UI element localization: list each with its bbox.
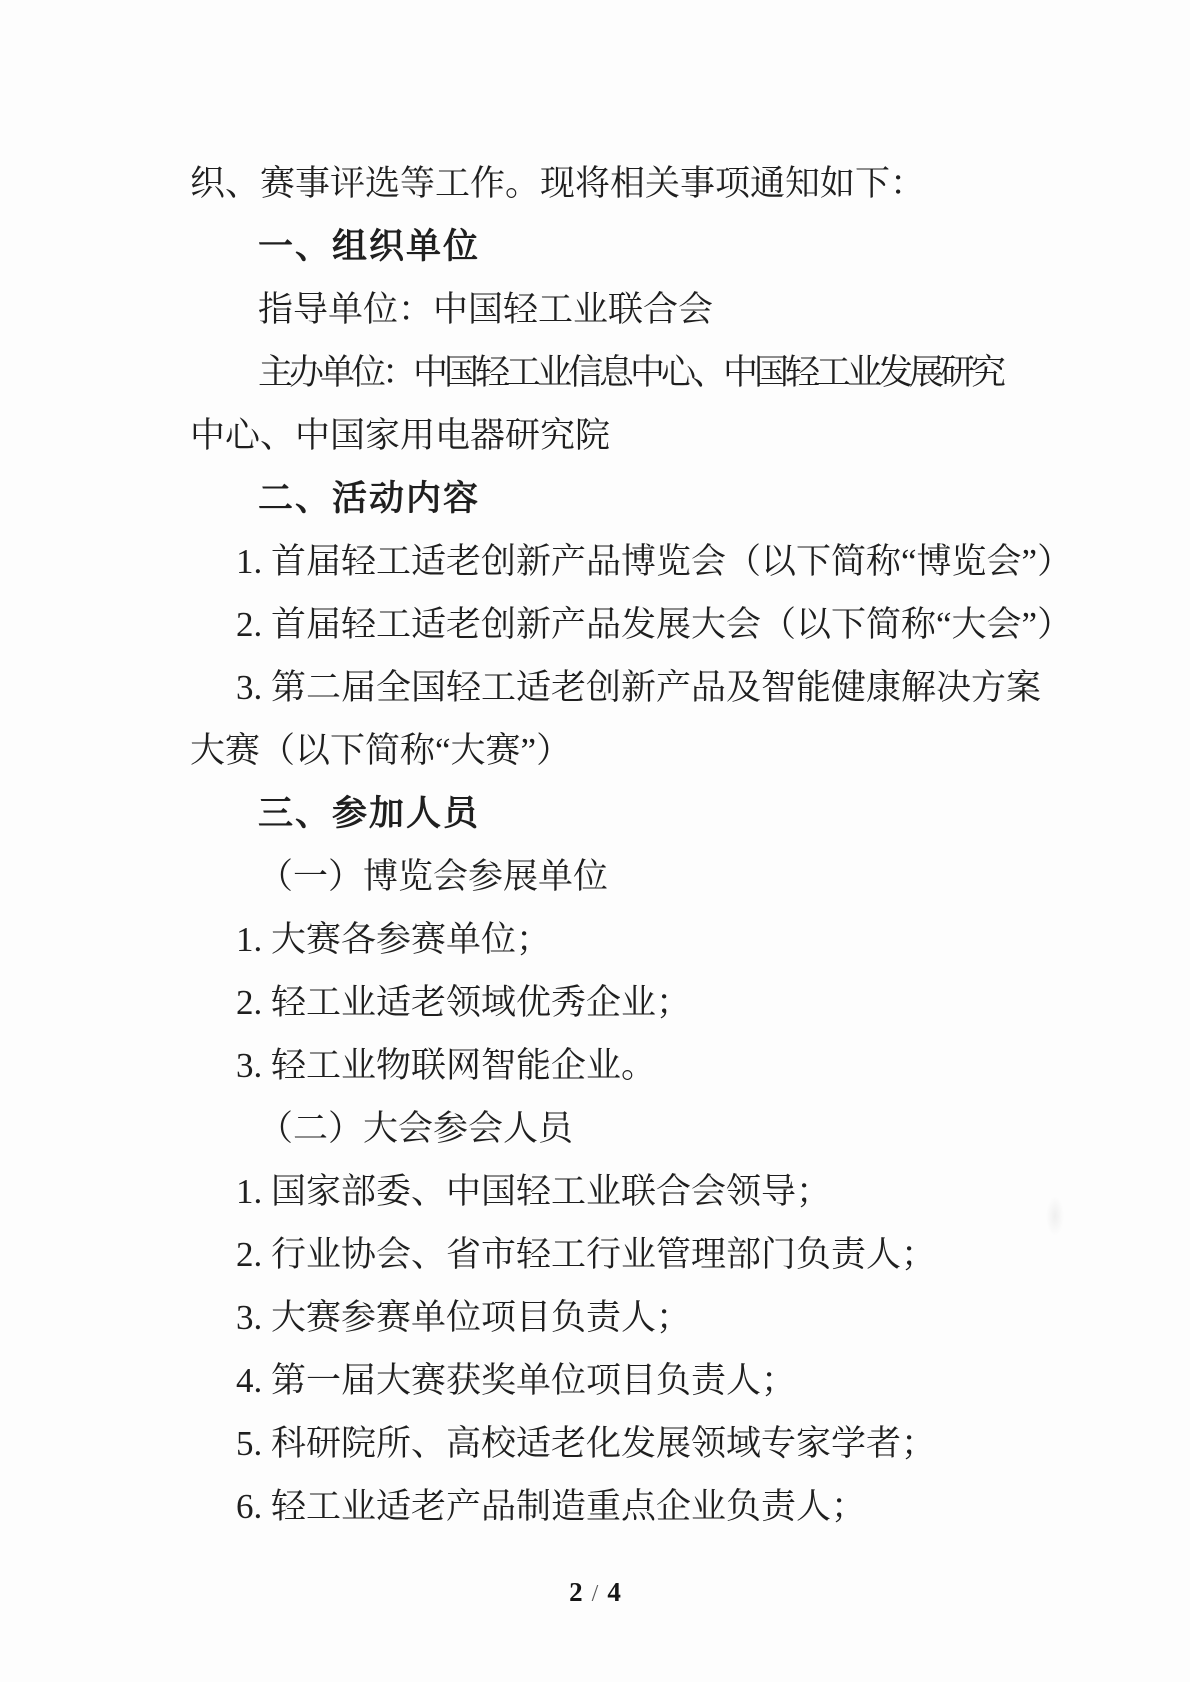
document-page: 织、赛事评选等工作。现将相关事项通知如下： 一、组织单位 指导单位：中国轻工业联… [0, 0, 1190, 1682]
section-heading-activity-content: 二、活动内容 [190, 467, 1018, 530]
body-line-continuation: 织、赛事评选等工作。现将相关事项通知如下： [190, 152, 1018, 215]
activity-item-competition-continuation: 大赛（以下简称“大赛”） [190, 719, 1018, 782]
section-heading-organizing-units: 一、组织单位 [190, 215, 1018, 278]
subsection-heading-conference-attendees: （二）大会参会人员 [190, 1097, 1018, 1160]
attendee-item-1: 1. 国家部委、中国轻工业联合会领导； [190, 1160, 1018, 1223]
activity-item-expo: 1. 首届轻工适老创新产品博览会（以下简称“博览会”） [190, 530, 1018, 593]
document-body: 织、赛事评选等工作。现将相关事项通知如下： 一、组织单位 指导单位：中国轻工业联… [190, 152, 1018, 1538]
subsection-heading-expo-exhibitors: （一）博览会参展单位 [190, 845, 1018, 908]
exhibitor-item-1: 1. 大赛各参赛单位； [190, 908, 1018, 971]
scan-smudge-artifact [1046, 1196, 1064, 1236]
host-unit-line-continuation: 中心、中国家用电器研究院 [190, 404, 1018, 467]
page-number-current: 2 [569, 1577, 583, 1607]
attendee-item-5: 5. 科研院所、高校适老化发展领域专家学者； [190, 1412, 1018, 1475]
page-footer: 2/4 [0, 1577, 1190, 1608]
exhibitor-item-2: 2. 轻工业适老领域优秀企业； [190, 971, 1018, 1034]
exhibitor-item-3: 3. 轻工业物联网智能企业。 [190, 1034, 1018, 1097]
page-number-total: 4 [607, 1577, 621, 1607]
section-heading-participants: 三、参加人员 [190, 782, 1018, 845]
page-number-separator: / [583, 1581, 608, 1607]
activity-item-competition: 3. 第二届全国轻工适老创新产品及智能健康解决方案 [190, 656, 1018, 719]
activity-item-conference: 2. 首届轻工适老创新产品发展大会（以下简称“大会”） [190, 593, 1018, 656]
attendee-item-6: 6. 轻工业适老产品制造重点企业负责人； [190, 1475, 1018, 1538]
host-unit-line: 主办单位：中国轻工业信息中心、中国轻工业发展研究 [190, 341, 1018, 404]
attendee-item-2: 2. 行业协会、省市轻工行业管理部门负责人； [190, 1223, 1018, 1286]
guiding-unit-line: 指导单位：中国轻工业联合会 [190, 278, 1018, 341]
attendee-item-4: 4. 第一届大赛获奖单位项目负责人； [190, 1349, 1018, 1412]
attendee-item-3: 3. 大赛参赛单位项目负责人； [190, 1286, 1018, 1349]
